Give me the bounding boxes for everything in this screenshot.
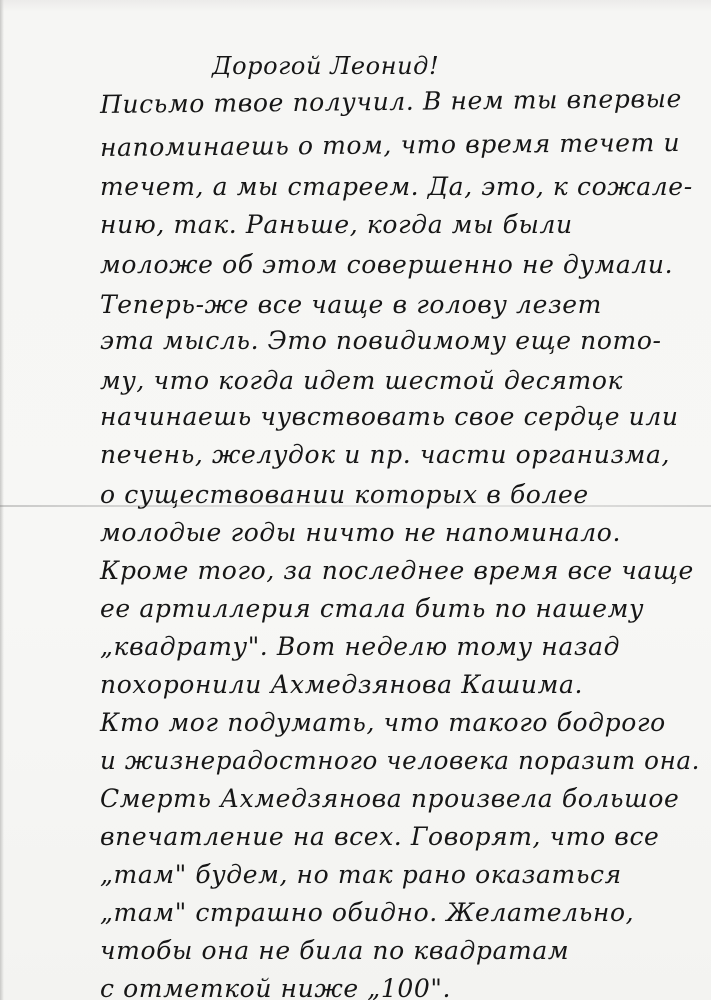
paper-edge	[0, 0, 4, 1000]
letter-line: с отметкой ниже „100".	[100, 974, 451, 1000]
letter-line: „там" страшно обидно. Желательно,	[100, 898, 634, 927]
letter-line: печень, желудок и пр. части организма,	[100, 440, 670, 469]
letter-line: впечатление на всех. Говорят, что все	[100, 822, 659, 851]
letter-line: му, что когда идет шестой десяток	[100, 366, 623, 395]
letter-line: о существовании которых в более	[100, 480, 589, 509]
letter-line: „там" будем, но так рано оказаться	[100, 860, 622, 889]
letter-line: напоминаешь о том, что время течет и	[100, 128, 680, 162]
letter-line: Кроме того, за последнее время все чаще	[100, 556, 694, 585]
letter-line: эта мысль. Это повидимому еще пото-	[100, 326, 662, 355]
letter-line: „квадрату". Вот неделю тому назад	[100, 632, 620, 661]
letter-line: похоронили Ахмедзянова Кашима.	[100, 670, 583, 699]
letter-page: Дорогой Леонид! Письмо твое получил. В н…	[0, 0, 711, 1000]
letter-line: молодые годы ничто не напоминало.	[100, 518, 621, 547]
letter-line: Смерть Ахмедзянова произвела большое	[100, 784, 679, 813]
letter-line: течет, а мы стареем. Да, это, к сожале-	[100, 172, 693, 201]
letter-line: нию, так. Раньше, когда мы были	[100, 210, 573, 239]
letter-line: ее артиллерия стала бить по нашему	[100, 594, 644, 623]
letter-line: Кто мог подумать, что такого бодрого	[100, 708, 666, 737]
letter-line: моложе об этом совершенно не думали.	[100, 250, 673, 279]
letter-line: начинаешь чувствовать свое сердце или	[100, 402, 679, 431]
letter-line: Теперь-же все чаще в голову лезет	[100, 290, 602, 319]
letter-line: чтобы она не била по квадратам	[100, 936, 569, 965]
letter-salutation: Дорогой Леонид!	[212, 52, 439, 80]
letter-line: Письмо твое получил. В нем ты впервые	[100, 84, 682, 119]
letter-line: и жизнерадостного человека поразит она.	[100, 746, 700, 775]
